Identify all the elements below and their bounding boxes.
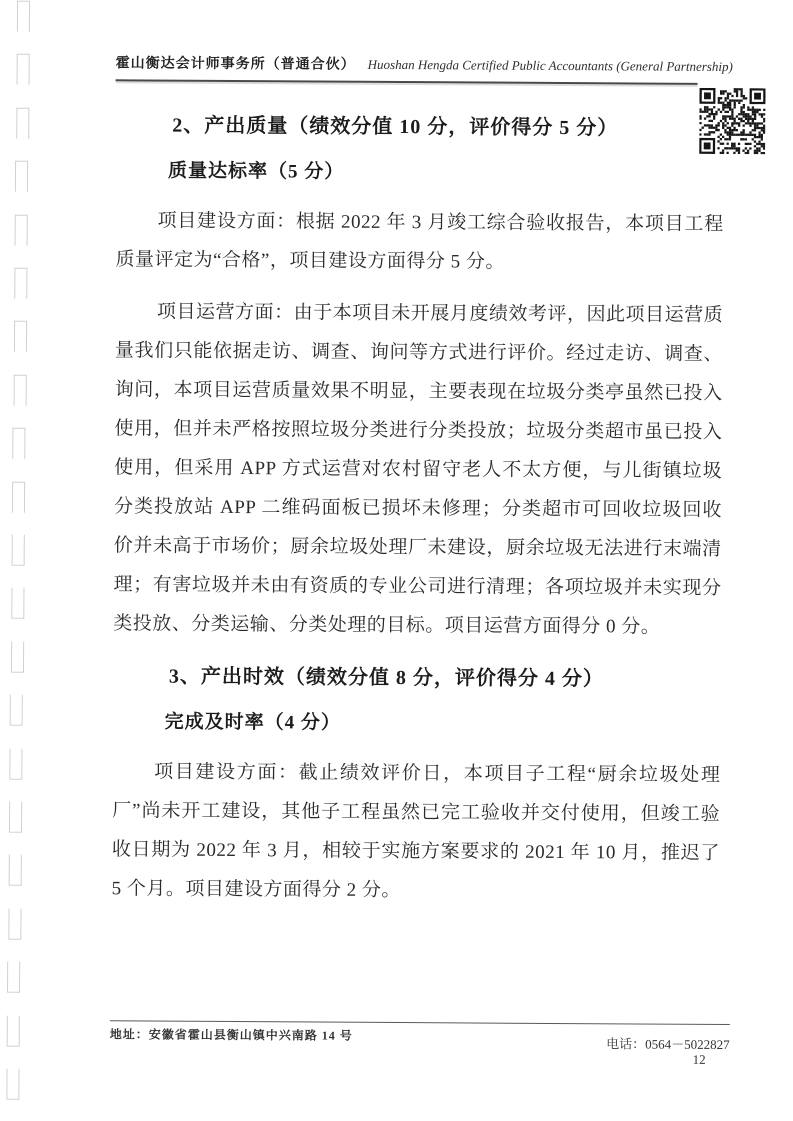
scanned-document-page: 霍山衡达会计师事务所（普通合伙） Huoshan Hengda Certifie… (0, 0, 793, 1121)
paragraph-operation-quality: 项目运营方面：由于本项目未开展月度绩效考评，因此项目运营质量我们只能依据走访、调… (113, 292, 723, 647)
page-footer: 地址：安徽省霍山县衡山镇中兴南路 14 号 电话：0564－5022827 (110, 1020, 730, 1053)
section-heading-output-quality: 2、产出质量（绩效分值 10 分，评价得分 5 分） (116, 108, 724, 146)
subheading-quality-rate: 质量达标率（5 分） (116, 154, 724, 192)
firm-name-english: Huoshan Hengda Certified Public Accounta… (368, 57, 733, 75)
header-rule (116, 79, 698, 85)
paragraph-construction-quality: 项目建设方面：根据 2022 年 3 月竣工综合验收报告，本项目工程质量评定为“… (115, 201, 723, 283)
footer-address: 地址：安徽省霍山县衡山镇中兴南路 14 号 (110, 1025, 353, 1043)
page-number: 12 (693, 1052, 706, 1068)
footer-phone: 电话：0564－5022827 (606, 1033, 730, 1053)
document-body: 2、产出质量（绩效分值 10 分，评价得分 5 分） 质量达标率（5 分） 项目… (112, 94, 725, 912)
section-heading-output-timeliness: 3、产出时效（绩效分值 8 分，评价得分 4 分） (113, 659, 721, 697)
page-header: 霍山衡达会计师事务所（普通合伙） Huoshan Hengda Certifie… (116, 52, 698, 85)
paragraph-construction-timeliness: 项目建设方面：截止绩效评价日，本项目子工程“厨余垃圾处理厂”尚未开工建设，其他子… (112, 752, 721, 912)
firm-name-chinese: 霍山衡达会计师事务所（普通合伙） (116, 52, 356, 73)
binding-marks (0, 0, 43, 1119)
subheading-completion-rate: 完成及时率（4 分） (113, 705, 721, 743)
